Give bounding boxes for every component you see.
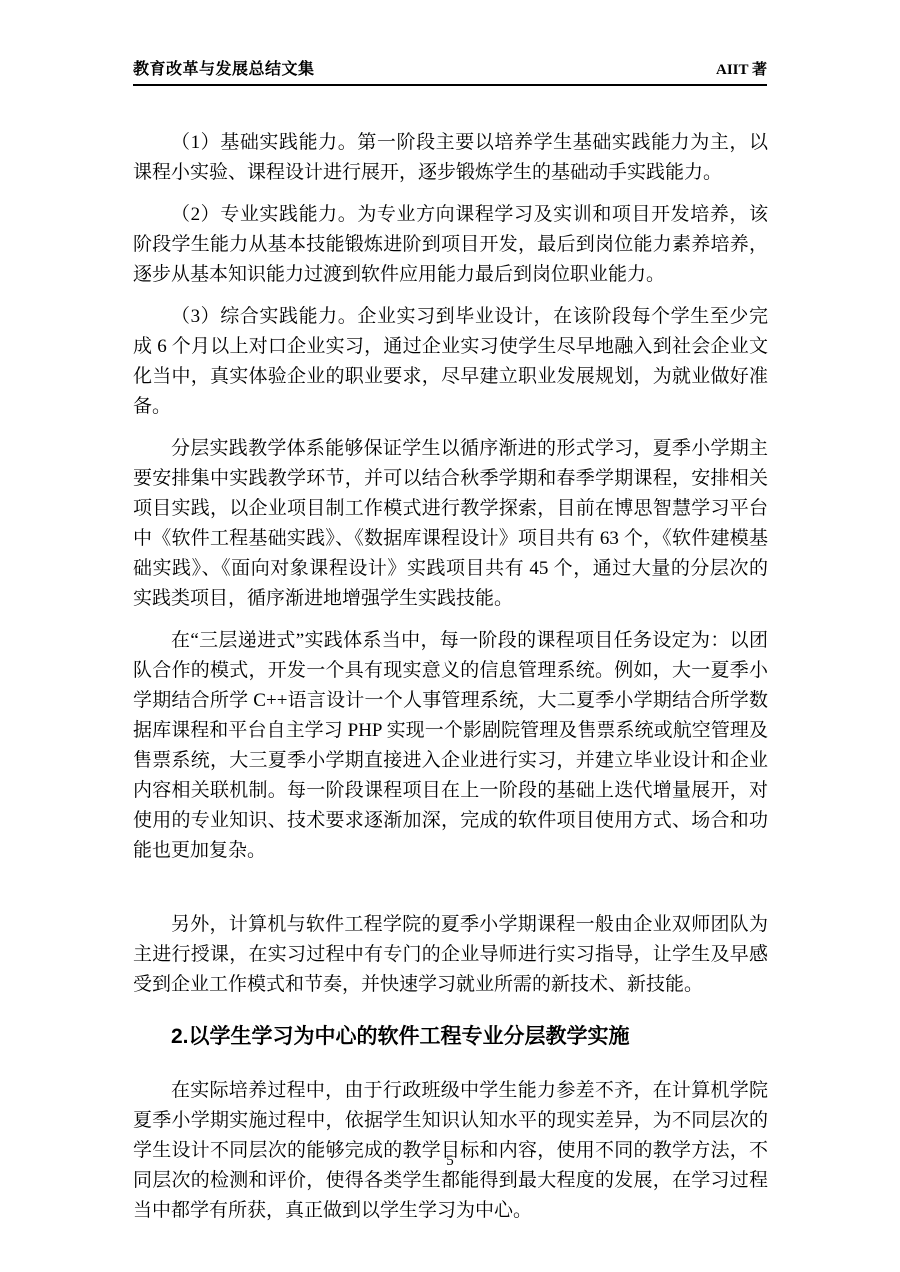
header-author: AIIT 著 xyxy=(716,58,767,79)
running-header: 教育改革与发展总结文集 AIIT 著 xyxy=(133,56,767,86)
paragraph-basic-practice: （1）基础实践能力。第一阶段主要以培养学生基础实践能力为主，以课程小实验、课程设… xyxy=(133,128,768,188)
paragraph-professional-practice: （2）专业实践能力。为专业方向课程学习及实训和项目开发培养，该阶段学生能力从基本… xyxy=(133,200,768,290)
page-number: 5 xyxy=(446,1153,454,1169)
paragraph-dual-teacher: 另外，计算机与软件工程学院的夏季小学期课程一般由企业双师团队为主进行授课，在实习… xyxy=(133,910,768,1000)
paragraph-student-centered: 在实际培养过程中，由于行政班级中学生能力参差不齐，在计算机学院夏季小学期实施过程… xyxy=(133,1076,768,1226)
paragraph-three-tier-progressive: 在“三层递进式”实践体系当中，每一阶段的课程项目任务设定为：以团队合作的模式，开… xyxy=(133,626,768,866)
header-book-title: 教育改革与发展总结文集 xyxy=(133,56,315,79)
paragraph-comprehensive-practice: （3）综合实践能力。企业实习到毕业设计，在该阶段每个学生至少完成 6 个月以上对… xyxy=(133,302,768,422)
page-footer: 5 xyxy=(0,1153,900,1170)
document-body: （1）基础实践能力。第一阶段主要以培养学生基础实践能力为主，以课程小实验、课程设… xyxy=(133,128,768,1238)
document-page: 教育改革与发展总结文集 AIIT 著 （1）基础实践能力。第一阶段主要以培养学生… xyxy=(0,0,900,1272)
section-heading-2: 2.以学生学习为中心的软件工程专业分层教学实施 xyxy=(133,1022,768,1052)
paragraph-layered-practice-system: 分层实践教学体系能够保证学生以循序渐进的形式学习，夏季小学期主要安排集中实践教学… xyxy=(133,434,768,614)
